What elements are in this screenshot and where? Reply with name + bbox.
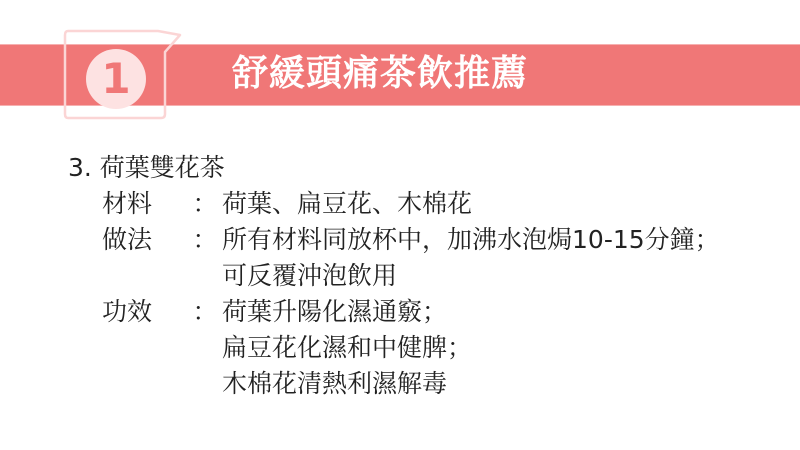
badge-number: 1 — [101, 58, 130, 100]
slide: 1 舒緩頭痛茶飲推薦 3. 荷葉雙花茶 材料 ： 荷葉、扁豆花、木棉花 做法 ：… — [0, 0, 800, 450]
field-label: 做法 — [102, 222, 188, 294]
field-line: 所有材料同放杯中，加沸水泡焗10-15分鐘； — [222, 222, 720, 258]
recipe-title: 3. 荷葉雙花茶 — [68, 150, 720, 186]
field-line: 可反覆沖泡飲用 — [222, 258, 720, 294]
field-label: 功效 — [102, 294, 188, 402]
field-line: 荷葉升陽化濕通竅； — [222, 294, 472, 330]
field-separator: ： — [188, 222, 222, 294]
number-badge: 1 — [86, 49, 146, 109]
field-line: 扁豆花化濕和中健脾； — [222, 330, 472, 366]
field-label: 材料 — [102, 186, 188, 222]
field-line: 荷葉、扁豆花、木棉花 — [222, 186, 472, 222]
field-separator: ： — [188, 186, 222, 222]
page-title: 舒緩頭痛茶飲推薦 — [232, 50, 528, 98]
field-effects: 功效 ： 荷葉升陽化濕通竅； 扁豆花化濕和中健脾； 木棉花清熱利濕解毒 — [102, 294, 720, 402]
recipe-content: 3. 荷葉雙花茶 材料 ： 荷葉、扁豆花、木棉花 做法 ： 所有材料同放杯中，加… — [68, 150, 720, 402]
field-separator: ： — [188, 294, 222, 402]
field-line: 木棉花清熱利濕解毒 — [222, 366, 472, 402]
field-method: 做法 ： 所有材料同放杯中，加沸水泡焗10-15分鐘； 可反覆沖泡飲用 — [102, 222, 720, 294]
field-ingredients: 材料 ： 荷葉、扁豆花、木棉花 — [102, 186, 720, 222]
